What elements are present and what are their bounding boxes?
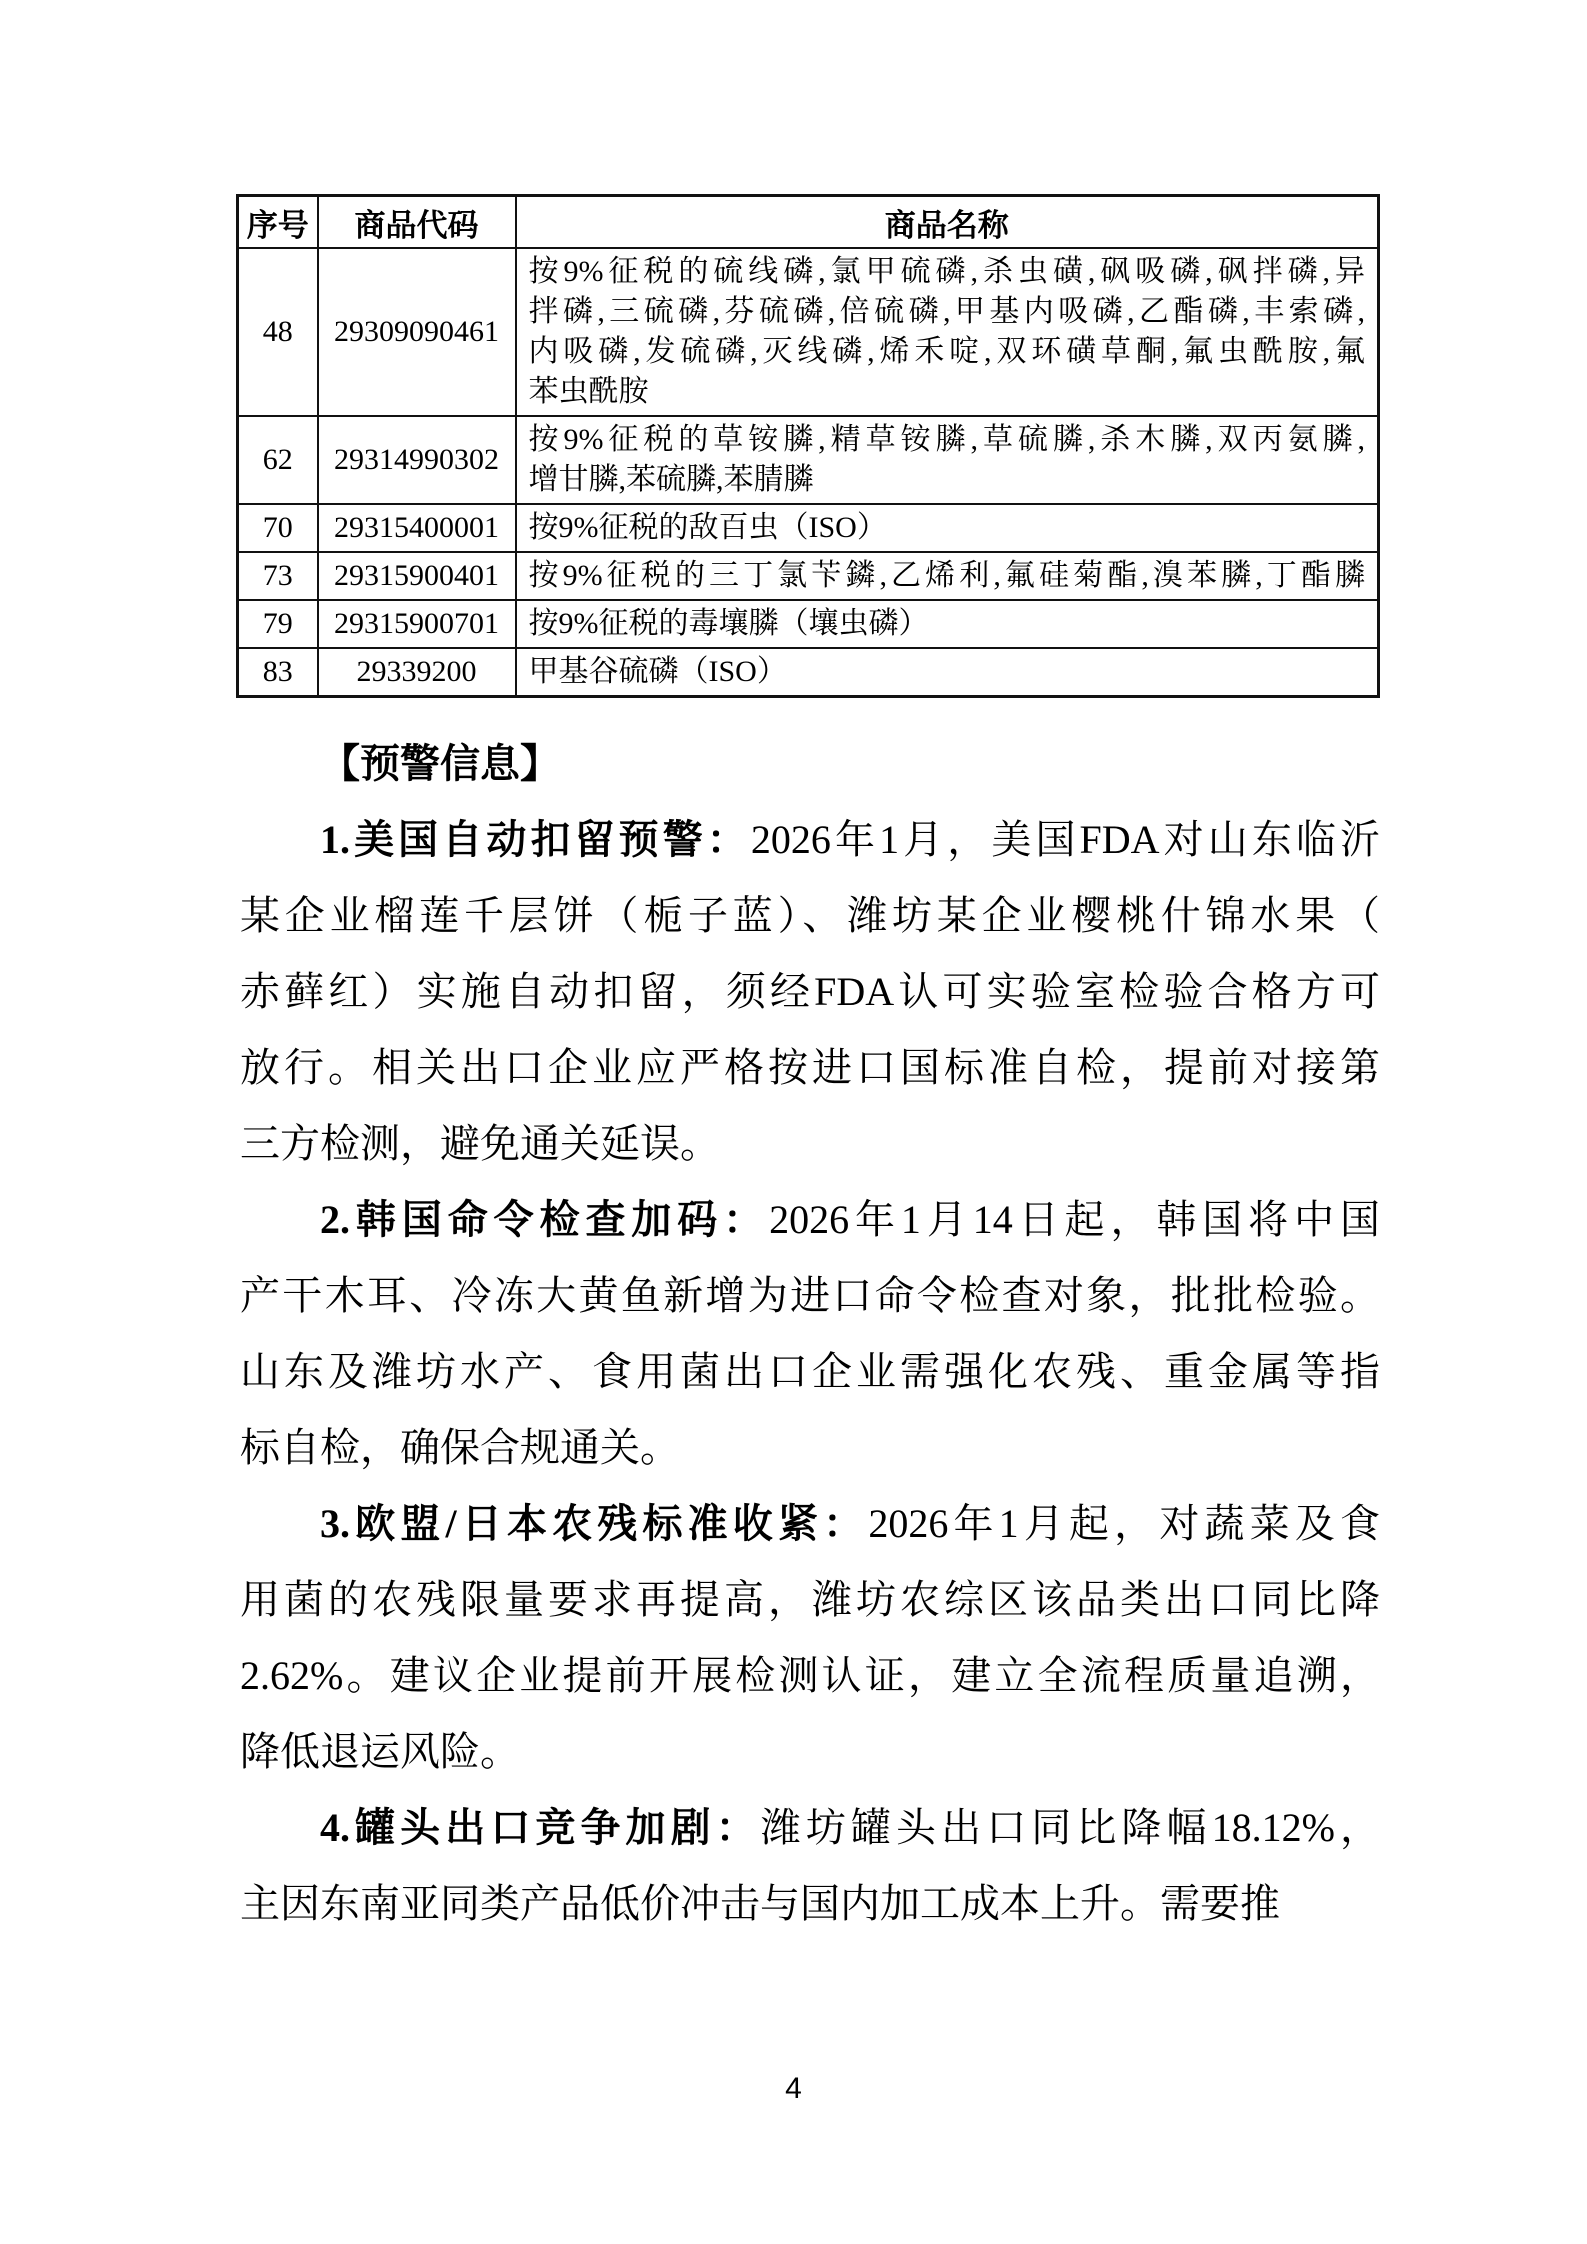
paragraph-line: 1.美国自动扣留预警：2026年1月，美国FDA对山东临沂 — [240, 802, 1380, 878]
paragraph-text: 潍坊罐头出口同比降幅18.12%， — [761, 1805, 1380, 1850]
commodity-table: 序号 商品代码 商品名称 48 29309090461 按9%征税的硫线磷,氯甲… — [236, 194, 1380, 698]
code-cell: 29315900701 — [318, 600, 516, 648]
code-cell: 29315400001 — [318, 504, 516, 552]
name-line: 按9%征税的三丁氯苄鏻,乙烯利,氟硅菊酯,溴苯膦,丁酯膦 — [529, 556, 1366, 596]
seq-cell: 48 — [238, 248, 318, 416]
name-line: 按9%征税的草铵膦,精草铵膦,草硫膦,杀木膦,双丙氨膦, — [529, 420, 1366, 460]
name-line: 按9%征税的敌百虫（ISO） — [529, 508, 1366, 548]
name-line: 按9%征税的毒壤膦（壤虫磷） — [529, 604, 1366, 644]
alert-section: 【预警信息】 1.美国自动扣留预警：2026年1月，美国FDA对山东临沂 某企业… — [240, 726, 1380, 1942]
code-cell: 29314990302 — [318, 416, 516, 504]
name-line: 增甘膦,苯硫膦,苯腈膦 — [529, 460, 1366, 500]
paragraph-text: 2026年1月，美国FDA对山东临沂 — [751, 817, 1380, 862]
paragraph-lead: 4.罐头出口竞争加剧： — [320, 1805, 761, 1850]
paragraph-lead: 3.欧盟/日本农残标准收紧： — [320, 1501, 868, 1546]
table-header-row: 序号 商品代码 商品名称 — [238, 196, 1379, 249]
paragraph-line: 2.62%。建议企业提前开展检测认证，建立全流程质量追溯， — [240, 1638, 1380, 1714]
seq-cell: 70 — [238, 504, 318, 552]
paragraph-line: 产干木耳、冷冻大黄鱼新增为进口命令检查对象，批批检验。 — [240, 1258, 1380, 1334]
paragraph-line: 三方检测，避免通关延误。 — [240, 1106, 1380, 1182]
alert-heading: 【预警信息】 — [240, 726, 1380, 802]
column-header-seq: 序号 — [238, 196, 318, 249]
paragraph-line: 3.欧盟/日本农残标准收紧：2026年1月起，对蔬菜及食 — [240, 1486, 1380, 1562]
paragraph-text: 2026年1月14日起，韩国将中国 — [769, 1197, 1380, 1242]
paragraph-lead: 1.美国自动扣留预警： — [320, 817, 751, 862]
code-cell: 29339200 — [318, 648, 516, 697]
paragraph-text: 2026年1月起，对蔬菜及食 — [868, 1501, 1380, 1546]
paragraph-lead: 2.韩国命令检查加码： — [320, 1197, 769, 1242]
paragraph-line: 2.韩国命令检查加码：2026年1月14日起，韩国将中国 — [240, 1182, 1380, 1258]
column-header-name: 商品名称 — [516, 196, 1379, 249]
paragraph-line: 某企业榴莲千层饼（栀子蓝）、潍坊某企业樱桃什锦水果（ — [240, 878, 1380, 954]
paragraph-line: 山东及潍坊水产、食用菌出口企业需强化农残、重金属等指 — [240, 1334, 1380, 1410]
document-page: 序号 商品代码 商品名称 48 29309090461 按9%征税的硫线磷,氯甲… — [0, 0, 1587, 2244]
seq-cell: 73 — [238, 552, 318, 600]
seq-cell: 62 — [238, 416, 318, 504]
table-row: 83 29339200 甲基谷硫磷（ISO） — [238, 648, 1379, 697]
paragraph-line: 用菌的农残限量要求再提高，潍坊农综区该品类出口同比降 — [240, 1562, 1380, 1638]
table-row: 70 29315400001 按9%征税的敌百虫（ISO） — [238, 504, 1379, 552]
name-line: 按9%征税的硫线磷,氯甲硫磷,杀虫磺,砜吸磷,砜拌磷,异 — [529, 252, 1366, 292]
name-cell: 按9%征税的毒壤膦（壤虫磷） — [516, 600, 1379, 648]
name-cell: 按9%征税的草铵膦,精草铵膦,草硫膦,杀木膦,双丙氨膦, 增甘膦,苯硫膦,苯腈膦 — [516, 416, 1379, 504]
name-cell: 按9%征税的硫线磷,氯甲硫磷,杀虫磺,砜吸磷,砜拌磷,异 拌磷,三硫磷,芬硫磷,… — [516, 248, 1379, 416]
code-cell: 29315900401 — [318, 552, 516, 600]
name-line: 苯虫酰胺 — [529, 372, 1366, 412]
name-line: 拌磷,三硫磷,芬硫磷,倍硫磷,甲基内吸磷,乙酯磷,丰索磷, — [529, 292, 1366, 332]
code-cell: 29309090461 — [318, 248, 516, 416]
name-cell: 甲基谷硫磷（ISO） — [516, 648, 1379, 697]
paragraph-line: 放行。相关出口企业应严格按进口国标准自检，提前对接第 — [240, 1030, 1380, 1106]
name-cell: 按9%征税的敌百虫（ISO） — [516, 504, 1379, 552]
page-number: 4 — [0, 2072, 1587, 2106]
table-row: 79 29315900701 按9%征税的毒壤膦（壤虫磷） — [238, 600, 1379, 648]
paragraph-line: 主因东南亚同类产品低价冲击与国内加工成本上升。需要推 — [240, 1866, 1380, 1942]
name-cell: 按9%征税的三丁氯苄鏻,乙烯利,氟硅菊酯,溴苯膦,丁酯膦 — [516, 552, 1379, 600]
table-row: 48 29309090461 按9%征税的硫线磷,氯甲硫磷,杀虫磺,砜吸磷,砜拌… — [238, 248, 1379, 416]
table-row: 62 29314990302 按9%征税的草铵膦,精草铵膦,草硫膦,杀木膦,双丙… — [238, 416, 1379, 504]
seq-cell: 83 — [238, 648, 318, 697]
name-line: 内吸磷,发硫磷,灭线磷,烯禾啶,双环磺草酮,氟虫酰胺,氟 — [529, 332, 1366, 372]
column-header-code: 商品代码 — [318, 196, 516, 249]
name-line: 甲基谷硫磷（ISO） — [529, 652, 1366, 692]
paragraph-line: 标自检，确保合规通关。 — [240, 1410, 1380, 1486]
paragraph-line: 4.罐头出口竞争加剧：潍坊罐头出口同比降幅18.12%， — [240, 1790, 1380, 1866]
table-row: 73 29315900401 按9%征税的三丁氯苄鏻,乙烯利,氟硅菊酯,溴苯膦,… — [238, 552, 1379, 600]
seq-cell: 79 — [238, 600, 318, 648]
paragraph-line: 赤藓红）实施自动扣留，须经FDA认可实验室检验合格方可 — [240, 954, 1380, 1030]
paragraph-line: 降低退运风险。 — [240, 1714, 1380, 1790]
